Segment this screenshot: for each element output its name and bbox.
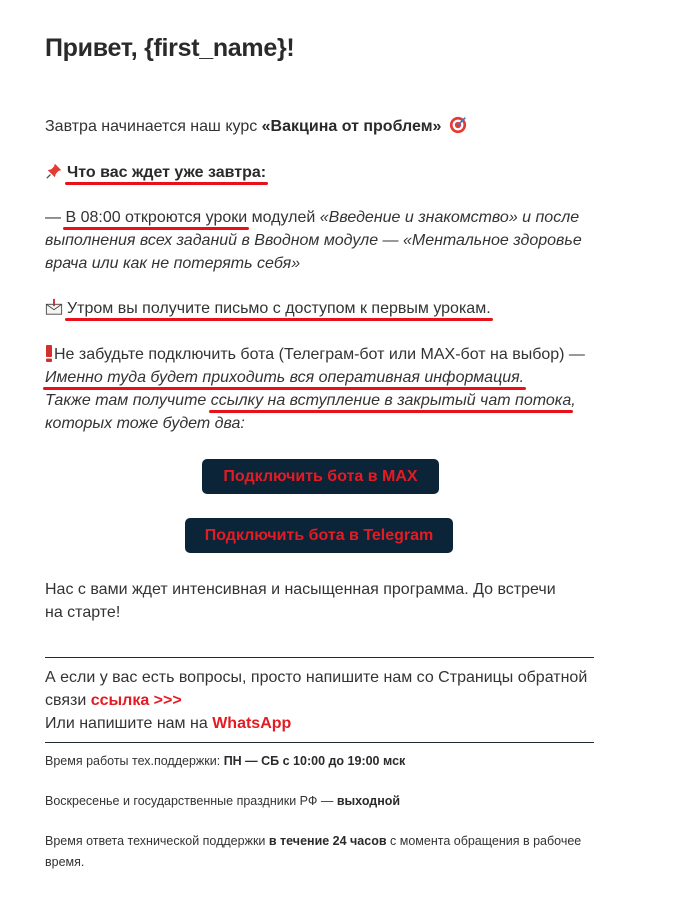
email-note-text: Утром вы получите письмо с доступом к пе… bbox=[67, 300, 491, 317]
email-note: Утром вы получите письмо с доступом к пе… bbox=[45, 297, 605, 320]
support-response-line2: время. bbox=[45, 855, 84, 869]
contact-line3-prefix: Или напишите нам на bbox=[45, 715, 212, 732]
support-holidays: Воскресенье и государственные праздники … bbox=[45, 791, 605, 812]
bot-note-line3-suffix: , bbox=[571, 392, 575, 409]
divider-top bbox=[45, 657, 594, 658]
support-hours-label: Время работы тех.поддержки: bbox=[45, 754, 224, 768]
chat-link-text: ссылку на вступление в закрытый чат пото… bbox=[211, 392, 571, 409]
feedback-link[interactable]: ссылка >>> bbox=[91, 692, 182, 709]
closing-line1: Нас с вами ждет интенсивная и насыщенная… bbox=[45, 581, 556, 598]
bot-note-line4: которых тоже будет два: bbox=[45, 415, 245, 432]
divider-bottom bbox=[45, 742, 594, 743]
closing-line2: на старте! bbox=[45, 604, 120, 621]
support-response-label: Время ответа технической поддержки bbox=[45, 834, 269, 848]
support-response-value: в течение 24 часов bbox=[269, 834, 387, 848]
course-name: «Вакцина от проблем» bbox=[262, 118, 442, 135]
bot-note-line2: Именно туда будет приходить вся оператив… bbox=[45, 369, 524, 386]
contact-line2-prefix: связи bbox=[45, 692, 91, 709]
intro-paragraph: Завтра начинается наш курс «Вакцина от п… bbox=[45, 115, 605, 138]
bot-note-line3-prefix: Также там получите bbox=[45, 392, 211, 409]
intro-text: Завтра начинается наш курс bbox=[45, 118, 262, 135]
contact-line1: А если у вас есть вопросы, просто напиши… bbox=[45, 669, 587, 686]
support-hours: Время работы тех.поддержки: ПН — СБ с 10… bbox=[45, 751, 605, 772]
pushpin-icon bbox=[45, 162, 63, 180]
support-response: Время ответа технической поддержки в теч… bbox=[45, 831, 605, 873]
lessons-middle-text: модулей bbox=[247, 209, 320, 226]
closing-paragraph: Нас с вами ждет интенсивная и насыщенная… bbox=[45, 578, 605, 624]
whatsapp-link[interactable]: WhatsApp bbox=[212, 715, 291, 732]
dash: — bbox=[45, 209, 65, 226]
section-heading: Что вас ждет уже завтра: bbox=[45, 161, 605, 184]
contact-paragraph: А если у вас есть вопросы, просто напиши… bbox=[45, 666, 605, 735]
support-hours-value: ПН — СБ с 10:00 до 19:00 мск bbox=[224, 754, 406, 768]
support-holidays-value: выходной bbox=[337, 794, 400, 808]
bot-note: Не забудьте подключить бота (Телеграм-бо… bbox=[45, 343, 605, 435]
greeting-heading: Привет, {first_name}! bbox=[45, 34, 294, 63]
section-heading-text: Что вас ждет уже завтра: bbox=[67, 164, 266, 181]
support-response-suffix: с момента обращения в рабочее bbox=[387, 834, 582, 848]
exclamation-icon bbox=[45, 345, 53, 362]
connect-telegram-button[interactable]: Подключить бота в Telegram bbox=[185, 518, 453, 553]
target-icon bbox=[449, 116, 467, 134]
support-holidays-label: Воскресенье и государственные праздники … bbox=[45, 794, 337, 808]
lessons-time-text: В 08:00 откроются уроки bbox=[65, 209, 247, 226]
lessons-paragraph: — В 08:00 откроются уроки модулей «Введе… bbox=[45, 206, 605, 275]
connect-max-button[interactable]: Подключить бота в MAX bbox=[202, 459, 439, 494]
bot-note-line1: Не забудьте подключить бота (Телеграм-бо… bbox=[54, 346, 585, 363]
envelope-icon bbox=[45, 298, 63, 316]
